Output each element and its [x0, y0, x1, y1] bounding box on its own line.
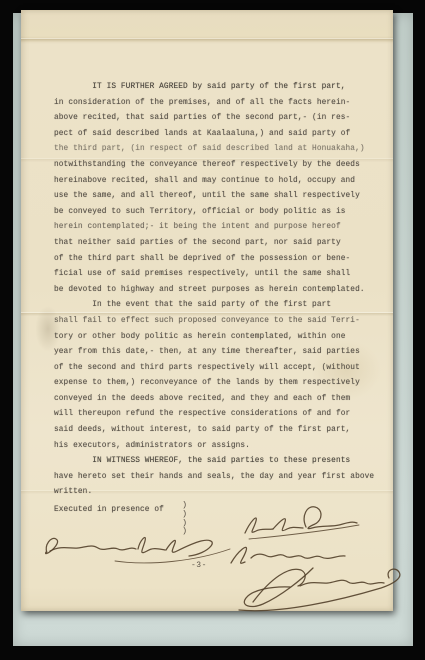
body-line: year from this date,- then, at any time …	[54, 345, 374, 361]
body-line: herein contemplated;- it being the inten…	[54, 220, 374, 236]
body-line: use the same, and all thereof, until the…	[54, 189, 374, 205]
body-line: expense to them,) reconveyance of the la…	[54, 376, 374, 392]
body-line: ficial use of said premises respectively…	[54, 267, 374, 283]
body-line: his executors, administrators or assigns…	[54, 439, 374, 455]
body-line: be conveyed to such Territory, official …	[54, 205, 374, 221]
body-line: In the event that the said party of the …	[54, 298, 374, 314]
body-line: in consideration of the premises, and of…	[54, 96, 374, 112]
body-line: notwithstanding the conveyance thereof r…	[54, 158, 374, 174]
fold-crease-top	[21, 38, 393, 43]
body-line: conveyed in the deeds above recited, and…	[54, 392, 374, 408]
body-line: written.	[54, 485, 374, 501]
body-line: IT IS FURTHER AGREED by said party of th…	[54, 80, 374, 96]
body-line: IN WITNESS WHEREOF, the said parties to …	[54, 454, 374, 470]
document-body: IT IS FURTHER AGREED by said party of th…	[54, 80, 374, 501]
page-number: -3-	[191, 561, 207, 570]
body-line: of the second and third parts respective…	[54, 361, 374, 377]
executed-in-presence-label: Executed in presence of	[54, 506, 164, 514]
body-line: pect of said described lands at Kaalaalu…	[54, 127, 374, 143]
bracket-stack: ) ) ) )	[182, 501, 187, 536]
body-line: that neither said parties of the second …	[54, 236, 374, 252]
body-line: of the third part shall be deprived of t…	[54, 252, 374, 268]
body-line: shall fail to effect such proposed conve…	[54, 314, 374, 330]
body-line: above recited, that said parties of the …	[54, 111, 374, 127]
body-line: said deeds, without interest, to said pa…	[54, 423, 374, 439]
photo-background: { "page": { "background_color": "#060606…	[0, 0, 425, 660]
body-line: hereinabove recited, shall and may conti…	[54, 174, 374, 190]
body-line: the third part, (in respect of said desc…	[54, 142, 374, 158]
body-line: be devoted to highway and street purpose…	[54, 283, 374, 299]
body-line: have hereto set their hands and seals, t…	[54, 470, 374, 486]
body-line: will thereupon refund the respective con…	[54, 407, 374, 423]
body-line: tory or other body politic as herein con…	[54, 330, 374, 346]
